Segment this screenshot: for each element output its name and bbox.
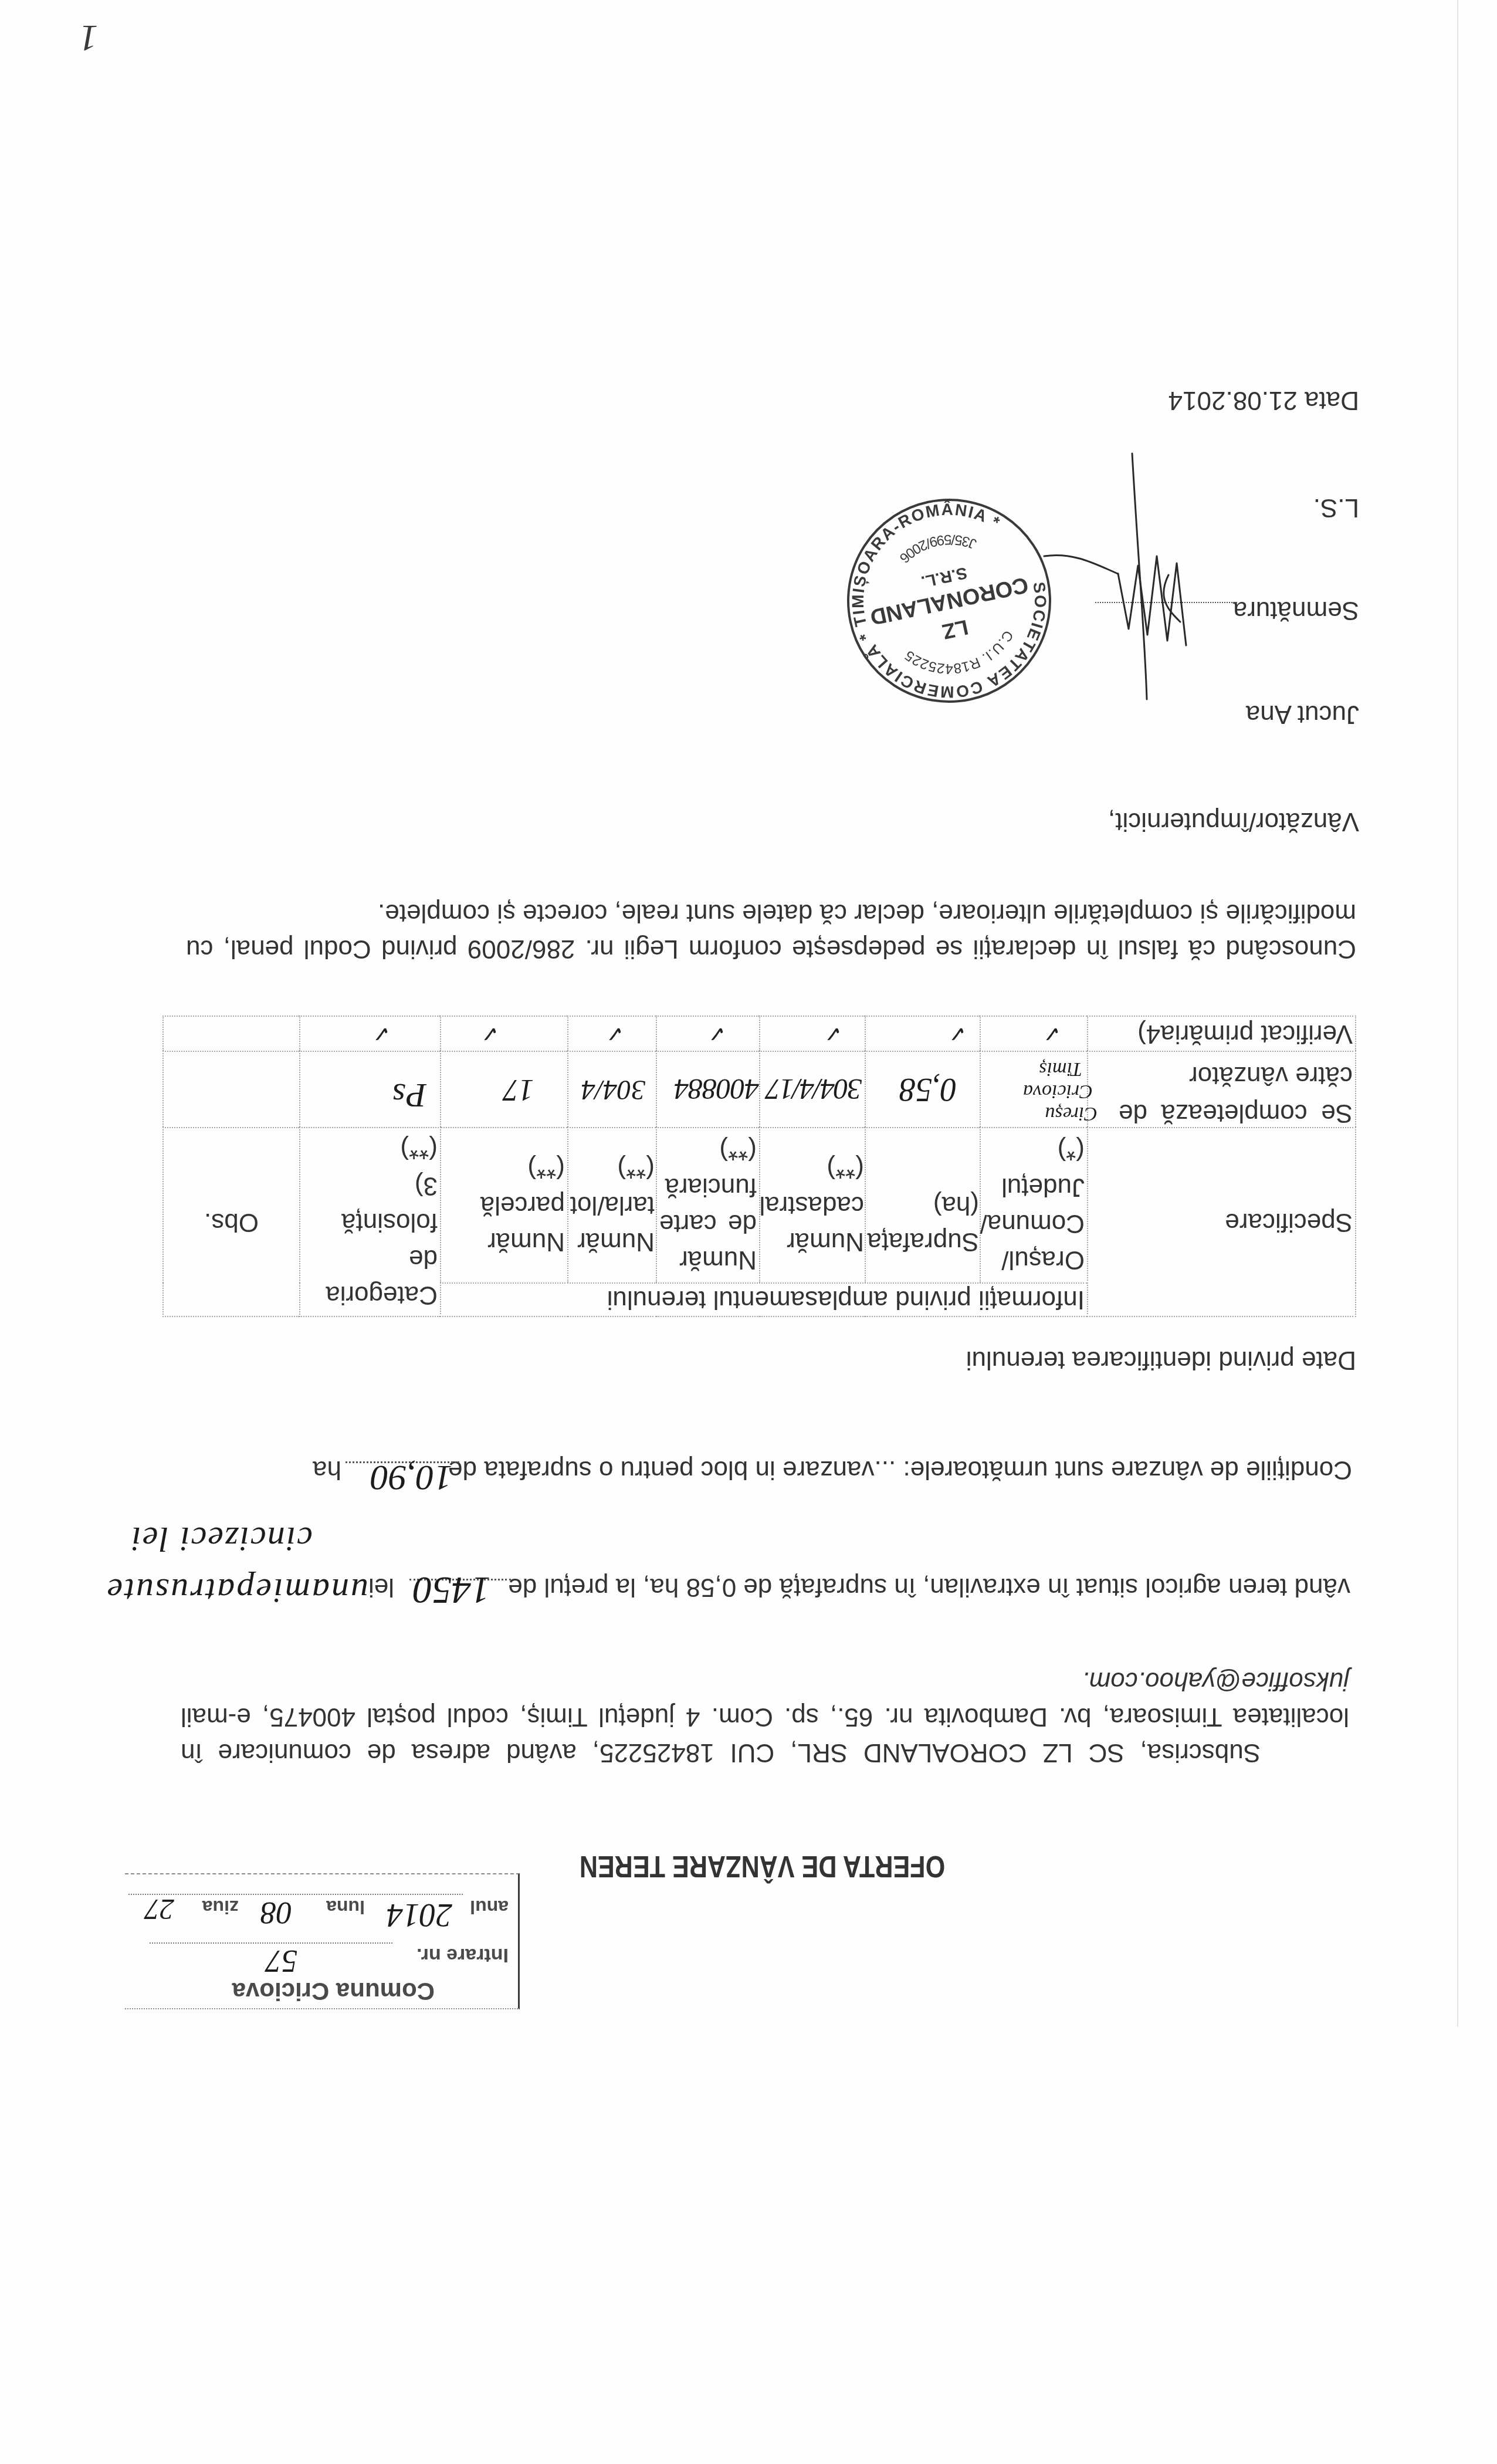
header-tarla-lot: Număr tarla/lot (**) <box>568 1128 656 1283</box>
seal-label: L.S. <box>1313 490 1359 525</box>
document-title: OFERTA DE VÂNZARE TEREN <box>579 1849 944 1884</box>
seller-role-label: Vânzător/împuternicit, <box>1108 804 1359 839</box>
cell-land-book-value: 400884 <box>659 1072 759 1107</box>
check-mark-icon: ✓ <box>948 1021 967 1047</box>
table-row-seller: Se completează de către vânzător Cireșu … <box>163 1051 1356 1128</box>
intro-line-1: Subscrisa, SC LZ COROALAND SRL, CUI 1842… <box>181 1735 1261 1770</box>
signature-scribble <box>1028 440 1204 710</box>
header-specificare: Specificare <box>1088 1128 1356 1316</box>
header-line: cadastral <box>763 1187 864 1224</box>
header-specificare-label: Specificare <box>1090 1204 1353 1240</box>
header-land-book-number: Număr de carte funciară (**) <box>656 1128 760 1283</box>
signature-label: Semnătura <box>1233 593 1359 628</box>
header-location-group-label: Informații privind amplasamentul terenul… <box>443 1285 1085 1315</box>
cell-locality-county: Timiș <box>981 1058 1082 1080</box>
check-mark-icon: ✓ <box>605 1021 624 1047</box>
intro-email: juksoffice@yahoo.com. <box>1082 1663 1349 1698</box>
price-words-line-2: cincizeci lei <box>130 1518 313 1561</box>
header-line: (*) <box>983 1133 1085 1169</box>
header-line: tarla/lot <box>571 1187 655 1224</box>
cell-verified-locality: ✓ <box>980 1016 1088 1051</box>
scanned-document-page: Comuna Criciova Intrare nr. 57 anul 2014… <box>0 0 1497 2464</box>
svg-text:J35/599/2006: J35/599/2006 <box>893 524 981 568</box>
header-line: Categoria <box>303 1277 438 1313</box>
price-currency: lei <box>368 1569 394 1605</box>
header-line: parcelă <box>443 1187 565 1224</box>
header-obs: Obs. <box>163 1128 300 1316</box>
header-line: Număr <box>659 1242 757 1278</box>
header-line: (**) <box>763 1151 864 1187</box>
header-line: de carte <box>659 1206 757 1242</box>
row-label-verified: Verificat primăria4) <box>1088 1016 1356 1051</box>
header-cadastral-number: Număr cadastral (**) <box>760 1128 865 1283</box>
header-line: Număr <box>443 1224 565 1260</box>
row-label-line: Se completează de <box>1119 1094 1353 1132</box>
registry-entry-number: 57 <box>266 1944 297 1979</box>
check-mark-icon: ✓ <box>1042 1021 1061 1047</box>
cell-area-value: 0,58 <box>868 1071 957 1108</box>
registry-year: 2014 <box>387 1897 452 1933</box>
sale-offer-text: vând teren agricol situat în extravilan,… <box>508 1569 1350 1605</box>
cell-use-category: Ps <box>300 1051 441 1128</box>
cell-verified-tarla-lot: ✓ <box>568 1016 656 1051</box>
company-seal: SOCIETATEA COMERCIALĂ * TIMIȘOARA-ROMÂNI… <box>845 496 1054 705</box>
cell-locality: Cireșu Criciova Timiș <box>980 1051 1088 1128</box>
seal-center-line-1: LZ <box>940 615 971 644</box>
total-area-handwritten: 10,90 <box>371 1457 453 1498</box>
cell-verified-obs <box>163 1016 300 1051</box>
cell-cadastral-number: 304/4/17 <box>760 1051 865 1128</box>
area-unit: ha <box>313 1452 341 1487</box>
header-use-category: Categoria de folosință 3) (**) <box>300 1128 441 1316</box>
intro-line-2: localitatea Timisoara, bv. Dambovita nr.… <box>181 1699 1349 1734</box>
header-locality: Orașul/ Comuna/ Județul (*) <box>980 1128 1088 1283</box>
date-label: Data 21.08.2014 <box>1169 383 1359 418</box>
cell-locality-village: Cireșu <box>981 1102 1098 1125</box>
registry-month: 08 <box>260 1896 292 1931</box>
table-row-verified: Verificat primăria4) ✓ ✓ ✓ ✓ ✓ ✓ ✓ <box>163 1016 1356 1051</box>
declaration-line-2: modificările și completările ulterioare,… <box>378 895 1356 930</box>
cell-tarla-lot: 304/4 <box>568 1051 656 1128</box>
seller-name: Jucut Ana <box>1246 696 1359 732</box>
row-label-line: Verificat primăria4) <box>1090 1017 1353 1050</box>
check-mark-icon: ✓ <box>480 1021 499 1047</box>
header-location-group: Informații privind amplasamentul terenul… <box>441 1283 1088 1316</box>
header-line: Număr <box>763 1224 864 1260</box>
cell-verified-area: ✓ <box>865 1016 980 1051</box>
header-line: de <box>303 1240 438 1277</box>
seal-inner-bottom-text: J35/599/2006 <box>893 524 981 568</box>
land-identification-table: Specificare Informații privind amplasame… <box>162 1016 1356 1317</box>
header-line: (**) <box>303 1131 438 1167</box>
registry-stamp: Comuna Criciova Intrare nr. 57 anul 2014… <box>125 1873 520 2009</box>
cell-area: 0,58 <box>865 1051 980 1128</box>
cell-verified-use-category: ✓ <box>300 1016 441 1051</box>
check-mark-icon: ✓ <box>824 1021 842 1047</box>
price-handwritten: 1450 <box>413 1568 490 1612</box>
check-mark-icon: ✓ <box>372 1021 391 1047</box>
registry-institution: Comuna Criciova <box>232 1978 435 2005</box>
declaration-line-1: Cunoscând că falsul în declarații se ped… <box>186 931 1356 966</box>
header-line: (ha) <box>868 1187 979 1224</box>
registry-year-label: anul <box>470 1896 509 1919</box>
check-mark-icon: ✓ <box>707 1021 726 1047</box>
land-data-heading: Date privind identificarea terenului <box>966 1342 1356 1377</box>
registry-month-label: luna <box>326 1896 365 1919</box>
header-line: Comuna/ <box>983 1206 1085 1242</box>
header-parcel-number: Număr parcelă (**) <box>441 1128 568 1283</box>
cell-obs <box>163 1051 300 1128</box>
cell-parcel-value: 17 <box>443 1072 534 1107</box>
header-line: Orașul/ <box>983 1242 1085 1278</box>
header-obs-label: Obs. <box>166 1204 297 1240</box>
cell-cadastral-value: 304/4/17 <box>763 1072 862 1107</box>
registry-entry-label: Intrare nr. <box>416 1944 509 1967</box>
cell-parcel-number: 17 <box>441 1051 568 1128</box>
cell-verified-parcel: ✓ <box>441 1016 568 1051</box>
registry-day: 27 <box>145 1893 174 1926</box>
header-line: (**) <box>443 1151 565 1187</box>
row-label-seller: Se completează de către vânzător <box>1088 1051 1356 1128</box>
registry-day-label: ziua <box>202 1896 239 1919</box>
cell-use-category-value: Ps <box>303 1077 426 1114</box>
cell-tarla-lot-value: 304/4 <box>571 1072 645 1107</box>
row-label-line: către vânzător <box>1119 1057 1353 1094</box>
cell-locality-commune: Criciova <box>981 1080 1093 1102</box>
header-line: Județul <box>983 1169 1085 1206</box>
header-line: Număr <box>571 1224 655 1260</box>
header-area: Suprafața (ha) <box>865 1128 980 1283</box>
conditions-text: Condițiile de vânzare sunt următoarele: … <box>448 1452 1352 1487</box>
header-line: (**) <box>659 1133 757 1169</box>
scan-page-edge <box>1457 0 1458 2027</box>
header-line: 3) <box>303 1167 438 1204</box>
header-line: Suprafața <box>868 1224 979 1260</box>
header-line: funciară <box>659 1169 757 1206</box>
cell-verified-land-book: ✓ <box>656 1016 760 1051</box>
cell-land-book-number: 400884 <box>656 1051 760 1128</box>
cell-verified-cadastral: ✓ <box>760 1016 865 1051</box>
header-line: (**) <box>571 1151 655 1187</box>
header-line: folosință <box>303 1204 438 1240</box>
document-title-wrap: OFERTA DE VÂNZARE TEREN <box>469 1849 1055 1884</box>
registry-date-rule <box>128 1894 463 1895</box>
page-number-handwritten: 1 <box>79 18 98 59</box>
price-words-line-1: unamiepatrusute <box>106 1570 368 1612</box>
